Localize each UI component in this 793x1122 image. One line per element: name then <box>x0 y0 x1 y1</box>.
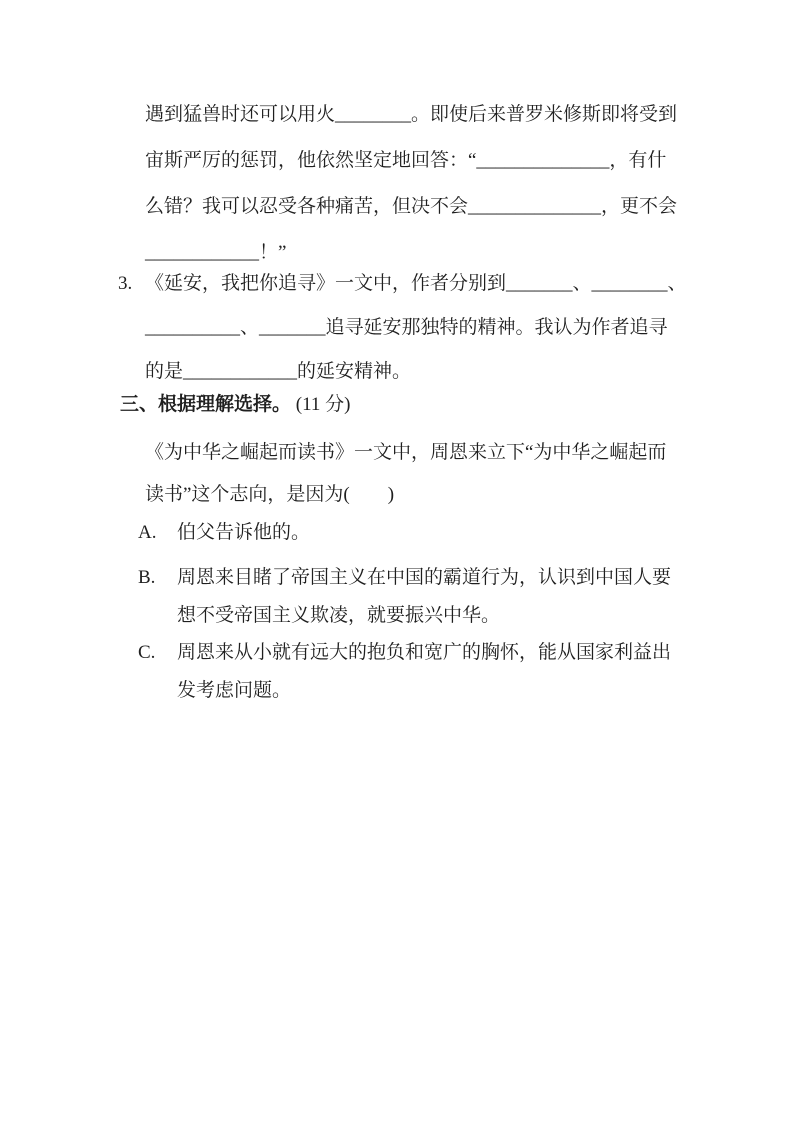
option-a-label: A. <box>138 514 156 552</box>
question-line-2: 读书”这个志向，是因为( ) <box>145 474 793 516</box>
item-2-line-2: 宙斯严厉的惩罚，他依然坚定地回答：“______________，有什 <box>145 138 793 184</box>
option-b: B. 周恩来目睹了帝国主义在中国的霸道行为，认识到中国人要 想不受帝国主义欺凌，… <box>138 559 793 635</box>
item-3-line-3: 的是____________的延安精神。 <box>145 350 793 394</box>
option-a: A. 伯父告诉他的。 <box>138 514 793 552</box>
option-b-line-2: 想不受帝国主义欺凌，就要振兴中华。 <box>177 597 793 635</box>
item-3-line-1: 《延安，我把你追寻》一文中，作者分别到_______、________、 <box>145 262 793 306</box>
option-c: C. 周恩来从小就有远大的抱负和宽广的胸怀，能从国家利益出 发考虑问题。 <box>138 634 793 710</box>
item-2-continuation: 遇到猛兽时还可以用火________。即使后来普罗米修斯即将受到 宙斯严厉的惩罚… <box>145 92 793 276</box>
option-a-line-1: 伯父告诉他的。 <box>177 514 793 552</box>
item-2-line-3: 么错？我可以忍受各种痛苦，但决不会______________，更不会 <box>145 184 793 230</box>
document-page: 遇到猛兽时还可以用火________。即使后来普罗米修斯即将受到 宙斯严厉的惩罚… <box>0 0 793 1122</box>
option-c-line-2: 发考虑问题。 <box>177 672 793 710</box>
option-c-line-1: 周恩来从小就有远大的抱负和宽广的胸怀，能从国家利益出 <box>177 634 793 672</box>
section-3-score: (11 分) <box>296 394 351 415</box>
section-3-question: 《为中华之崛起而读书》一文中，周恩来立下“为中华之崛起而 读书”这个志向，是因为… <box>145 432 793 516</box>
option-c-label: C. <box>138 634 155 672</box>
options-list: A. 伯父告诉他的。 B. 周恩来目睹了帝国主义在中国的霸道行为，认识到中国人要… <box>138 514 793 710</box>
item-3-line-2: __________、_______追寻延安那独特的精神。我认为作者追寻 <box>145 306 793 350</box>
item-3-number: 3. <box>118 262 132 306</box>
item-3: 3. 《延安，我把你追寻》一文中，作者分别到_______、________、 … <box>118 262 793 394</box>
item-2-line-1: 遇到猛兽时还可以用火________。即使后来普罗米修斯即将受到 <box>145 92 793 138</box>
option-b-line-1: 周恩来目睹了帝国主义在中国的霸道行为，认识到中国人要 <box>177 559 793 597</box>
section-3-title: 三、根据理解选择。 <box>120 394 291 415</box>
option-b-label: B. <box>138 559 155 597</box>
question-line-1: 《为中华之崛起而读书》一文中，周恩来立下“为中华之崛起而 <box>145 432 793 474</box>
